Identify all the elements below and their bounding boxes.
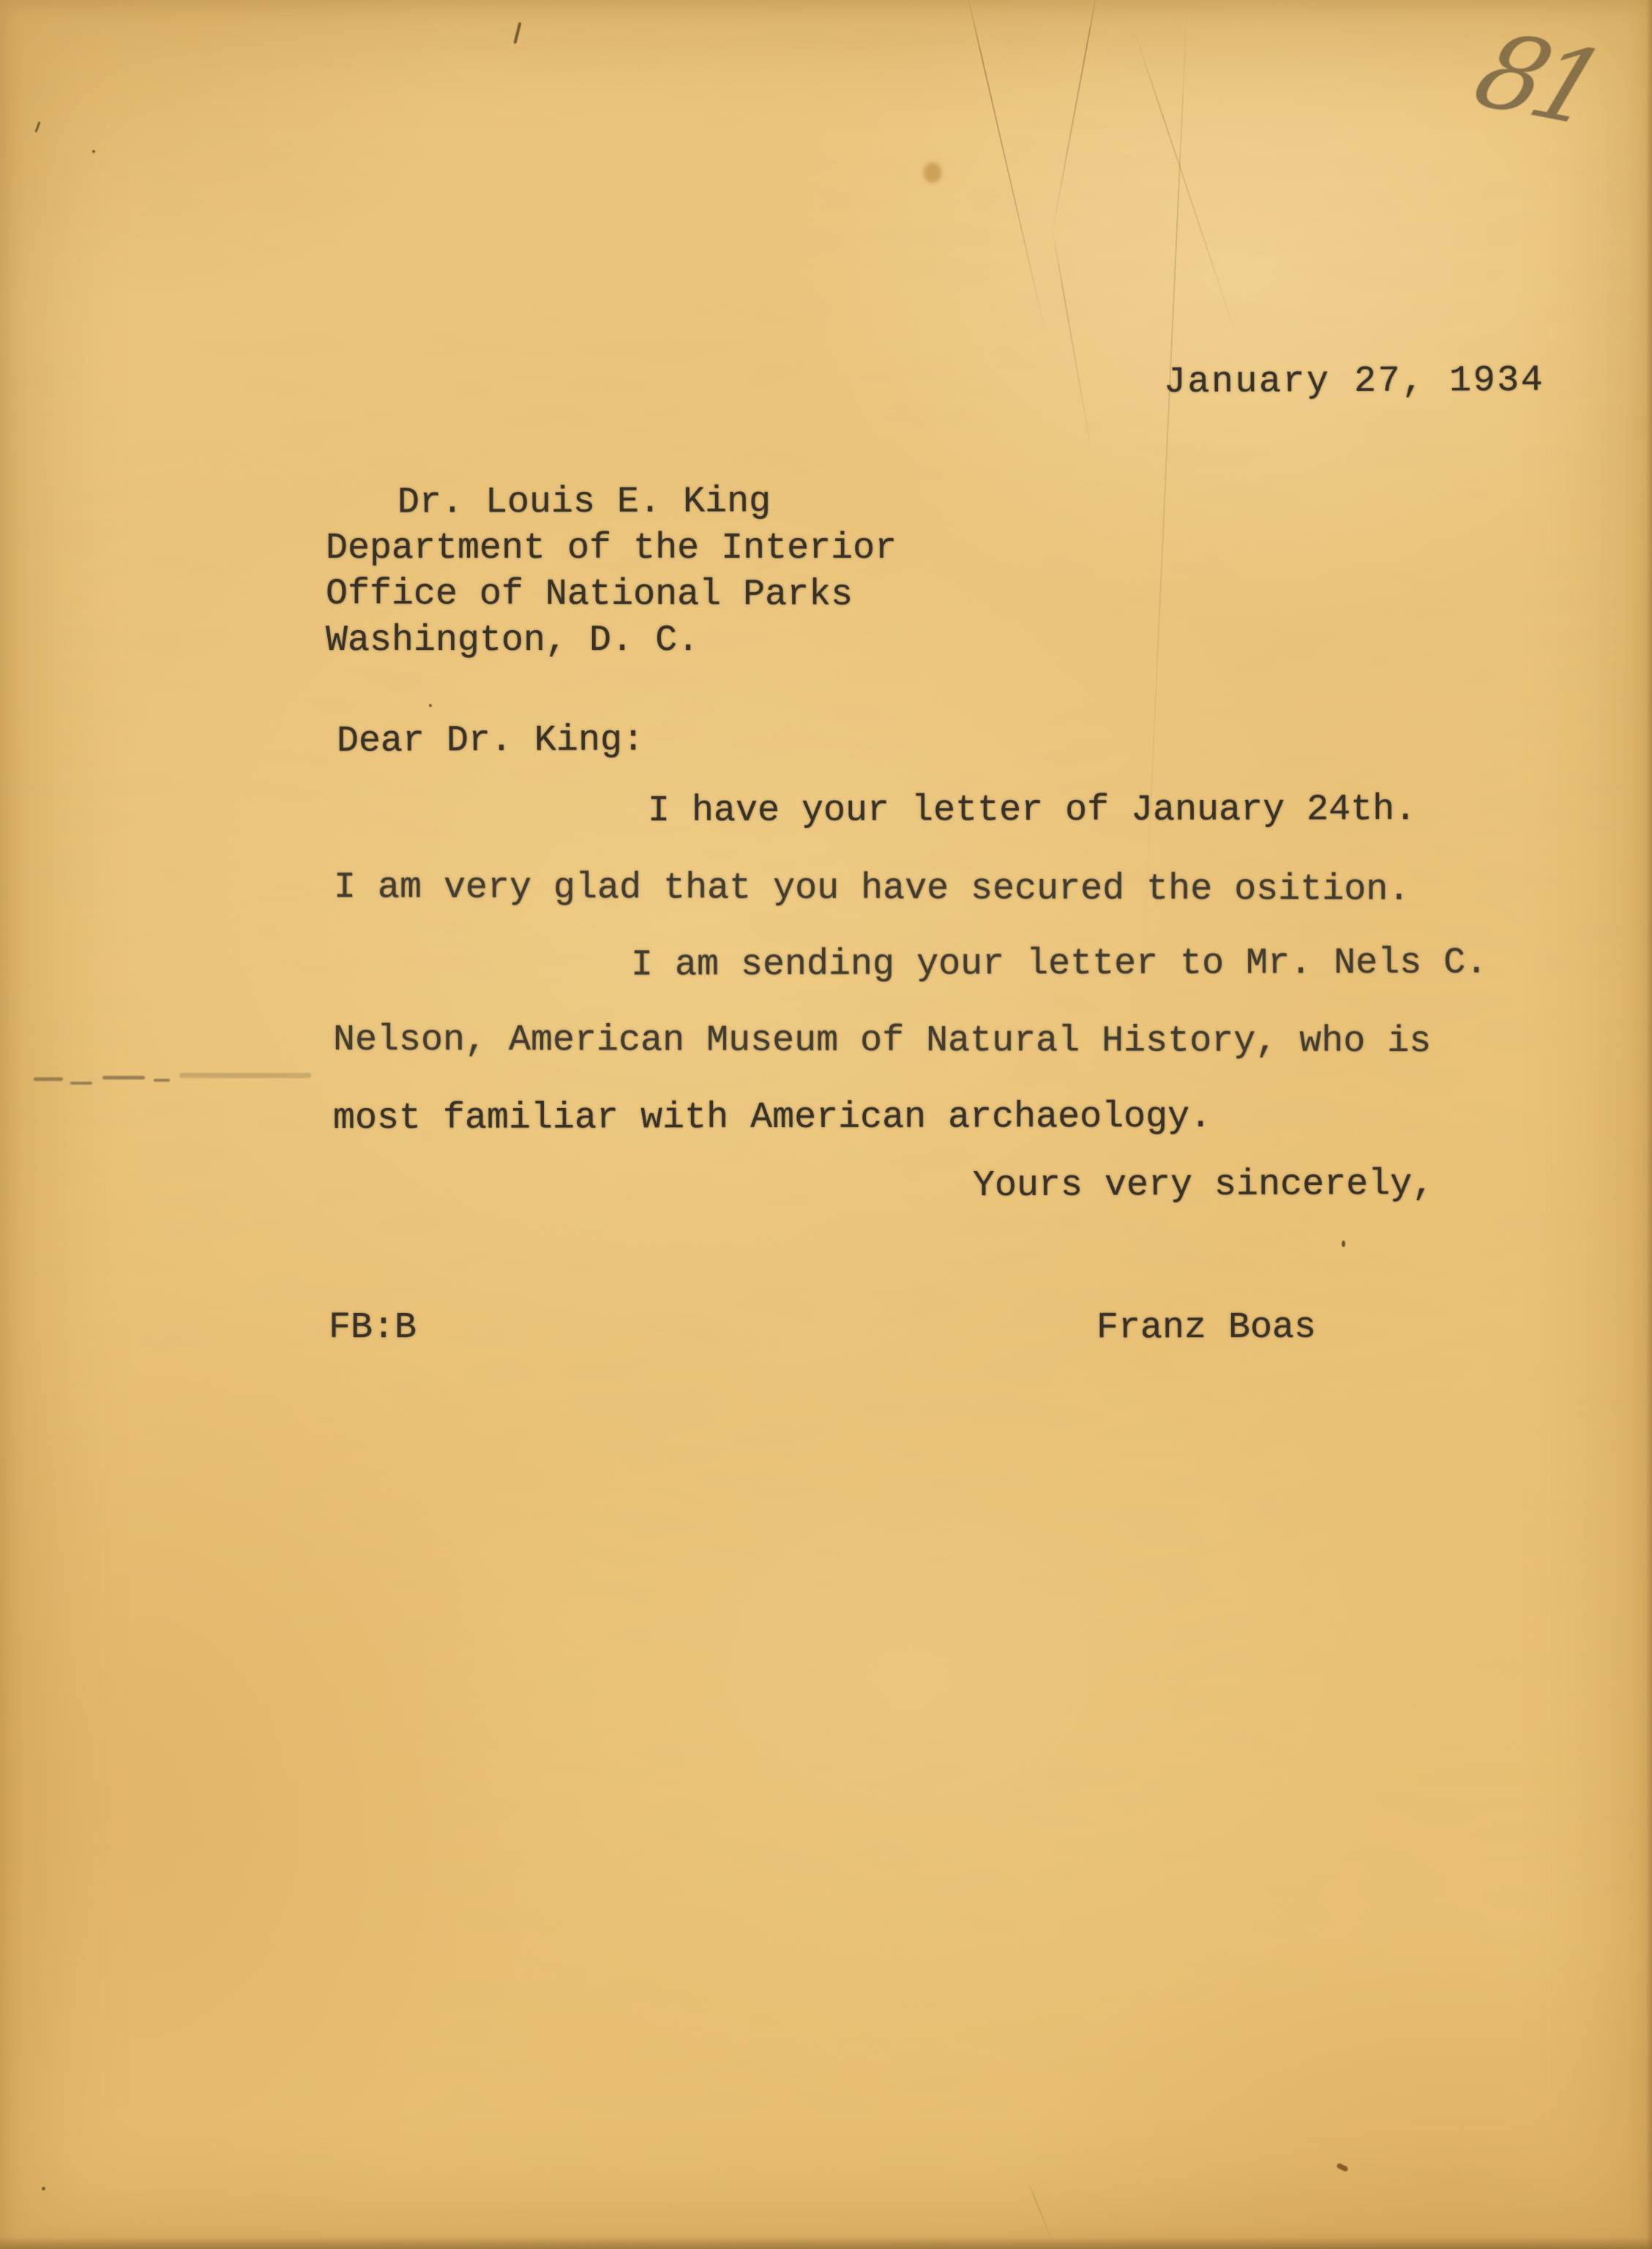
crease-mark <box>1133 29 1244 356</box>
crease-mark <box>966 0 1047 335</box>
body-line-4: Nelson, American Museum of Natural Histo… <box>333 1022 1431 1060</box>
smudge-mark <box>179 1073 311 1078</box>
ink-speck <box>429 704 432 707</box>
recipient-office: Office of National Parks <box>326 576 853 613</box>
ink-speck <box>92 150 95 153</box>
recipient-department: Department of the Interior <box>326 531 897 567</box>
smudge-mark <box>34 1077 63 1081</box>
recipient-city: Washington, D. C. <box>326 623 699 659</box>
stain-spot <box>924 162 941 183</box>
body-line-1: I have your letter of January 24th. <box>648 792 1416 830</box>
page-edge-shadow <box>1646 0 1652 2249</box>
ink-speck <box>1342 1240 1345 1247</box>
closing: Yours very sincerely, <box>973 1167 1434 1205</box>
ink-speck <box>513 22 521 44</box>
smudge-mark <box>70 1082 92 1085</box>
smudge-mark <box>102 1076 145 1079</box>
handwritten-page-number: 81 <box>1463 20 1609 140</box>
salutation: Dear Dr. King: <box>337 722 644 760</box>
letter-page: 81 January 27, 1934 Dr. Louis E. King De… <box>0 0 1652 2249</box>
smudge-mark <box>154 1079 170 1082</box>
recipient-name: Dr. Louis E. King <box>397 484 771 521</box>
crease-mark <box>1052 231 1094 461</box>
ink-speck <box>42 2187 45 2190</box>
body-line-5: most familiar with American archaeology. <box>333 1099 1211 1137</box>
page-edge-shadow <box>0 2237 1652 2249</box>
typist-initials: FB:B <box>329 1310 416 1347</box>
body-line-3: I am sending your letter to Mr. Nels C. <box>631 945 1487 984</box>
signature: Franz Boas <box>1096 1310 1316 1347</box>
ink-speck <box>35 121 41 132</box>
date-line: January 27, 1934 <box>1164 363 1544 401</box>
crease-mark <box>1051 0 1097 236</box>
ink-speck <box>1336 2163 1348 2172</box>
body-line-2: I am very glad that you have secured the… <box>334 869 1410 908</box>
